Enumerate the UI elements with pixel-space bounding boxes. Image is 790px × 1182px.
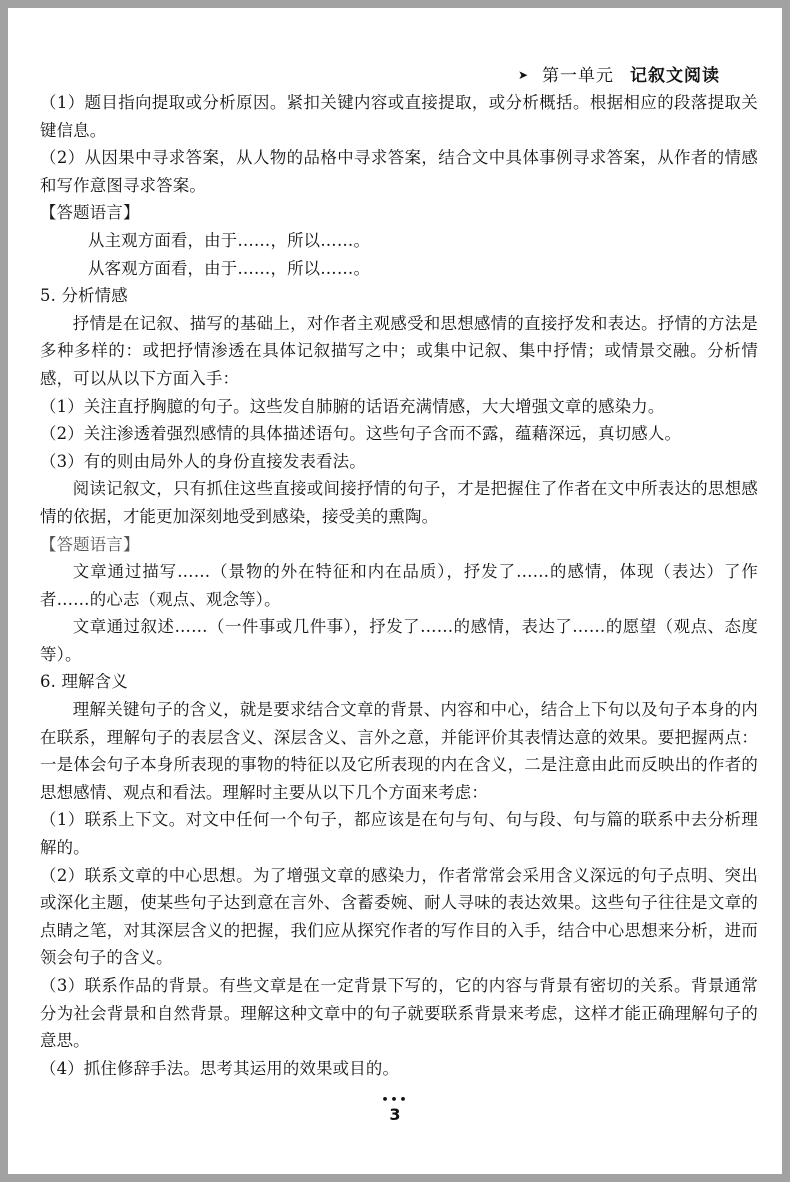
paragraph-meaning-intro: 理解关键句子的含义，就是要求结合文章的背景、内容和中心，结合上下句以及句子本身的…: [40, 696, 758, 806]
paragraph-point-2: （2）从因果中寻求答案，从人物的品格中寻求答案，结合文中具体事例寻求答案，从作者…: [40, 144, 758, 199]
page-number: ••• 3: [8, 1094, 782, 1124]
answer-language-tag: 【答题语言】: [40, 199, 758, 227]
paragraph-meaning-point-4: （4）抓住修辞手法。思考其运用的效果或目的。: [40, 1055, 758, 1083]
paragraph-emotion-point-3: （3）有的则由局外人的身份直接发表看法。: [40, 448, 758, 476]
paragraph-meaning-point-1: （1）联系上下文。对文中任何一个句子，都应该是在句与句、句与段、句与篇的联系中去…: [40, 806, 758, 861]
section-heading-5: 5. 分析情感: [40, 282, 758, 310]
unit-title: 记叙文阅读: [630, 66, 720, 86]
paragraph-emotion-summary: 阅读记叙文，只有抓住这些直接或间接抒情的句子，才是把握住了作者在文中所表达的思想…: [40, 475, 758, 530]
paragraph-point-1: （1）题目指向提取或分析原因。紧扣关键内容或直接提取，或分析概括。根据相应的段落…: [40, 89, 758, 144]
page-number-value: 3: [8, 1106, 782, 1124]
answer-template-narration: 文章通过叙述……（一件事或几件事），抒发了……的感情，表达了……的愿望（观点、态…: [40, 613, 758, 668]
unit-label: 第一单元: [542, 66, 614, 86]
book-page: ➤第一单元记叙文阅读 （1）题目指向提取或分析原因。紧扣关键内容或直接提取，或分…: [8, 8, 782, 1174]
paragraph-emotion-point-2: （2）关注渗透着强烈感情的具体描述语句。这些句子含而不露，蕴藉深远，真切感人。: [40, 420, 758, 448]
answer-language-tag: 【答题语言】: [40, 531, 758, 559]
answer-template-objective: 从客观方面看，由于……，所以……。: [40, 255, 758, 283]
answer-template-description: 文章通过描写……（景物的外在特征和内在品质），抒发了……的感情，体现（表达）了作…: [40, 558, 758, 613]
answer-template-subjective: 从主观方面看，由于……，所以……。: [40, 227, 758, 255]
arrow-bullet-icon: ➤: [518, 68, 528, 82]
running-head: ➤第一单元记叙文阅读: [518, 61, 720, 86]
body-text: （1）题目指向提取或分析原因。紧扣关键内容或直接提取，或分析概括。根据相应的段落…: [40, 89, 758, 1082]
paragraph-meaning-point-2: （2）联系文章的中心思想。为了增强文章的感染力，作者常常会采用含义深远的句子点明…: [40, 862, 758, 972]
paragraph-emotion-point-1: （1）关注直抒胸臆的句子。这些发自肺腑的话语充满情感，大大增强文章的感染力。: [40, 393, 758, 421]
paragraph-emotion-intro: 抒情是在记叙、描写的基础上，对作者主观感受和思想感情的直接抒发和表达。抒情的方法…: [40, 310, 758, 393]
section-heading-6: 6. 理解含义: [40, 668, 758, 696]
paragraph-meaning-point-3: （3）联系作品的背景。有些文章是在一定背景下写的，它的内容与背景有密切的关系。背…: [40, 972, 758, 1055]
